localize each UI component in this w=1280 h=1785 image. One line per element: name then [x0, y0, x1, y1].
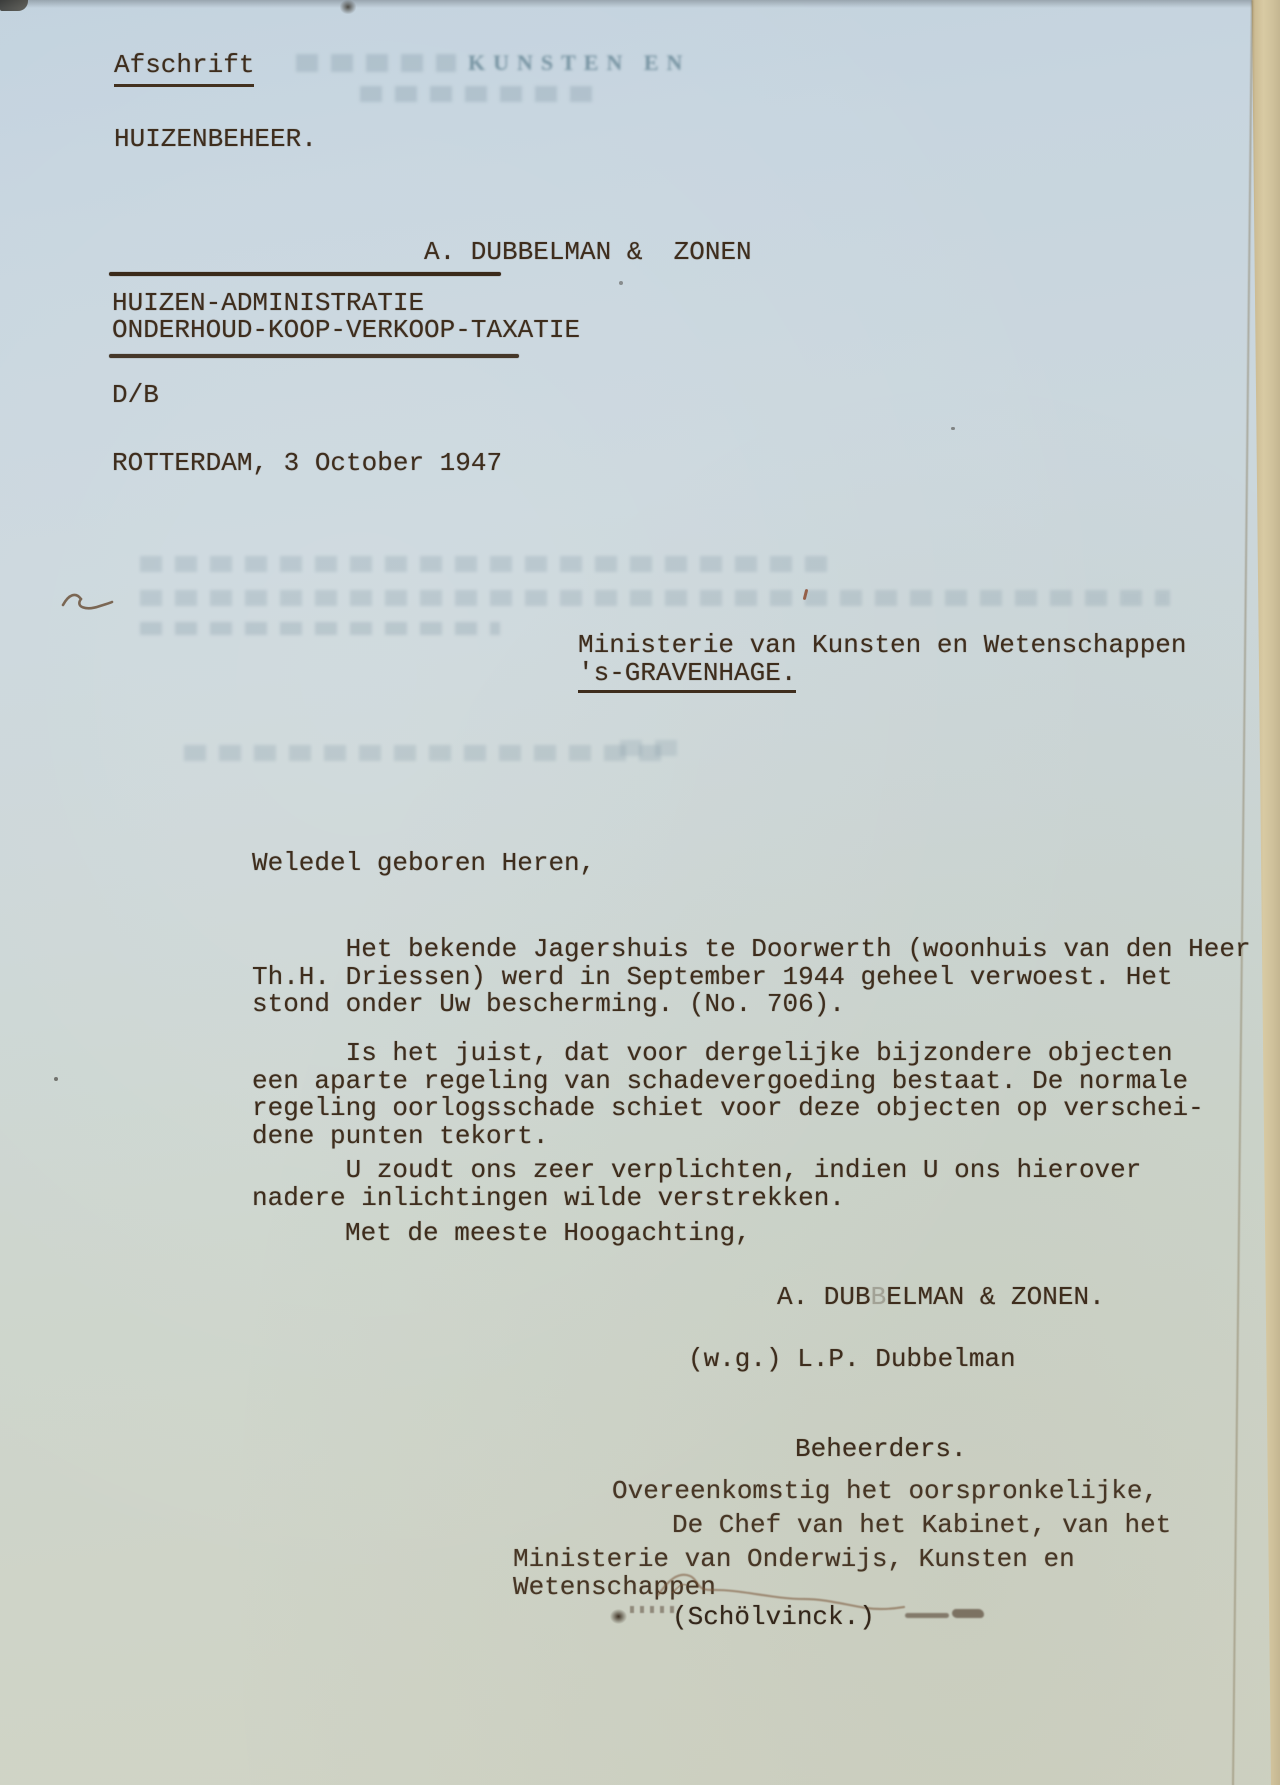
book-edge-strip: [1250, 0, 1280, 1785]
page-edge-crease: [1232, 0, 1253, 1785]
body-paragraph: Het bekende Jagershuis te Doorwerth (woo…: [252, 936, 1251, 1019]
ink-smudge: [610, 1609, 627, 1624]
scan-speck: [951, 427, 955, 430]
ink-smudge: [952, 1609, 984, 1618]
scan-speck: [54, 1077, 58, 1081]
closing-salutation: Met de meeste Hoogachting,: [345, 1220, 751, 1248]
signed-by: (w.g.) L.P. Dubbelman: [688, 1346, 1016, 1374]
scan-speck: [340, 0, 356, 14]
body-paragraph: Is het juist, dat voor dergelijke bijzon…: [252, 1040, 1204, 1150]
bleedthrough-line: [296, 54, 456, 72]
body-paragraph: U zoudt ons zeer verplichten, indien U o…: [252, 1157, 1141, 1212]
bleedthrough-line: [620, 740, 680, 756]
letterhead-rule-bottom: [109, 354, 519, 358]
signature-company-suffix: ELMAN & ZONEN.: [886, 1282, 1104, 1312]
bleedthrough-line: [184, 745, 664, 761]
scan-speck: [619, 281, 623, 285]
bleedthrough-line: [360, 86, 600, 102]
signature-company-prefix: A. DUB: [777, 1282, 871, 1312]
copy-label: Afschrift: [114, 52, 254, 87]
bleedthrough-line: [140, 622, 500, 635]
certification-line2: De Chef van het Kabinet, van het: [672, 1512, 1171, 1540]
salutation: Weledel geboren Heren,: [252, 850, 595, 878]
reference-code: D/B: [112, 382, 159, 410]
bleedthrough-line: [140, 590, 1170, 606]
bleedthrough-text: KUNSTEN EN: [468, 50, 690, 76]
handwritten-check-mark: [60, 590, 114, 616]
ink-smudge: [630, 1606, 678, 1613]
letterhead-rule-top: [109, 272, 501, 276]
addressee-line1: Ministerie van Kunsten en Wetenschappen: [578, 632, 1187, 660]
signature-company: A. DUBBELMAN & ZONEN.: [777, 1284, 1105, 1312]
addressee-line2: 's-GRAVENHAGE.: [578, 660, 796, 693]
scan-top-shadow: [0, 0, 1280, 8]
letterhead-services-line2: ONDERHOUD-KOOP-VERKOOP-TAXATIE: [112, 317, 580, 345]
letterhead-business-line: HUIZENBEHEER.: [114, 126, 317, 154]
letterhead-company-name: A. DUBBELMAN & ZONEN: [424, 239, 752, 267]
ink-smudge: [905, 1613, 949, 1618]
letterhead-services-line1: HUIZEN-ADMINISTRATIE: [112, 290, 424, 318]
bleedthrough-line: [140, 556, 840, 572]
scan-speck: [0, 0, 28, 11]
signature-role: Beheerders.: [795, 1436, 967, 1464]
signature-company-faded-letter: B: [871, 1282, 887, 1312]
scanned-letter-page: KUNSTEN EN Afschrift HUIZENBEHEER. A. DU…: [0, 0, 1280, 1785]
certification-name: (Schölvinck.): [672, 1604, 875, 1632]
dateline: ROTTERDAM, 3 October 1947: [112, 450, 502, 478]
certification-line1: Overeenkomstig het oorspronkelijke,: [612, 1478, 1158, 1506]
